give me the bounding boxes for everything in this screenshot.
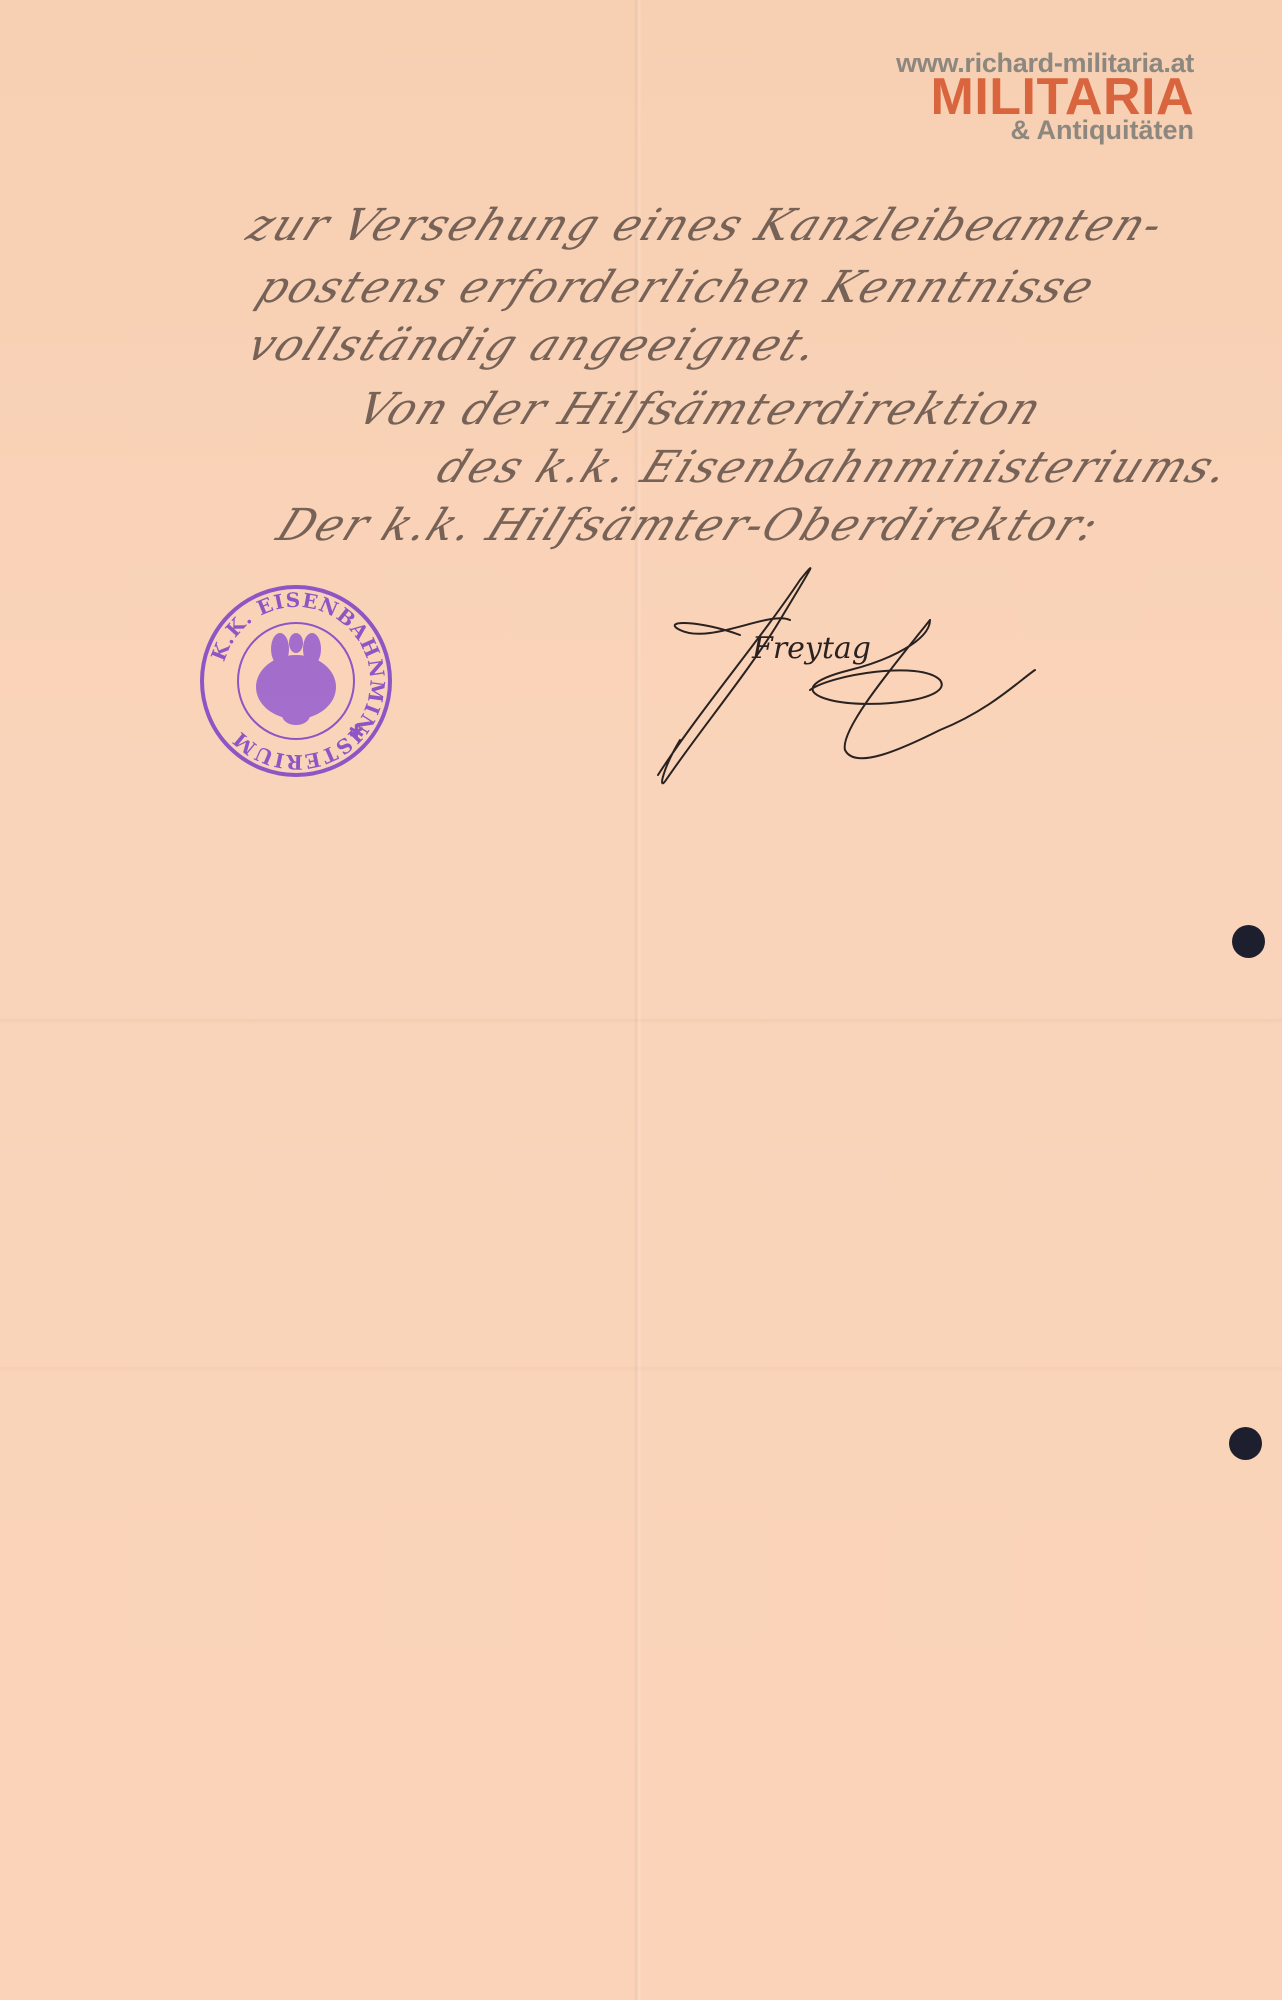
letter-line-1: zur Versehung eines Kanzleibeamten- [240,200,1173,251]
letter-line-5: des k.k. Eisenbahnministeriums. [430,442,1239,493]
letter-line-3: vollständig angeeignet. [240,320,828,371]
watermark: www.richard-militaria.at MILITARIA & Ant… [896,50,1194,144]
signature: Freytag [640,560,1040,790]
signature-name: Freytag [751,631,871,666]
eagle-emblem-icon [256,633,336,725]
punch-hole-bottom [1229,1427,1262,1460]
star-icon: ✱ [348,722,365,744]
letter-line-4: Von der Hilfsämterdirektion [350,384,1051,435]
official-stamp: K.K. EISENBAHNMINISTERIUM ✱ [198,583,394,779]
punch-hole-top [1232,925,1265,958]
letter-line-6: Der k.k. Hilfsämter-Oberdirektor: [270,500,1108,551]
letter-line-2: postens erforderlichen Kenntnisse [250,262,1104,313]
